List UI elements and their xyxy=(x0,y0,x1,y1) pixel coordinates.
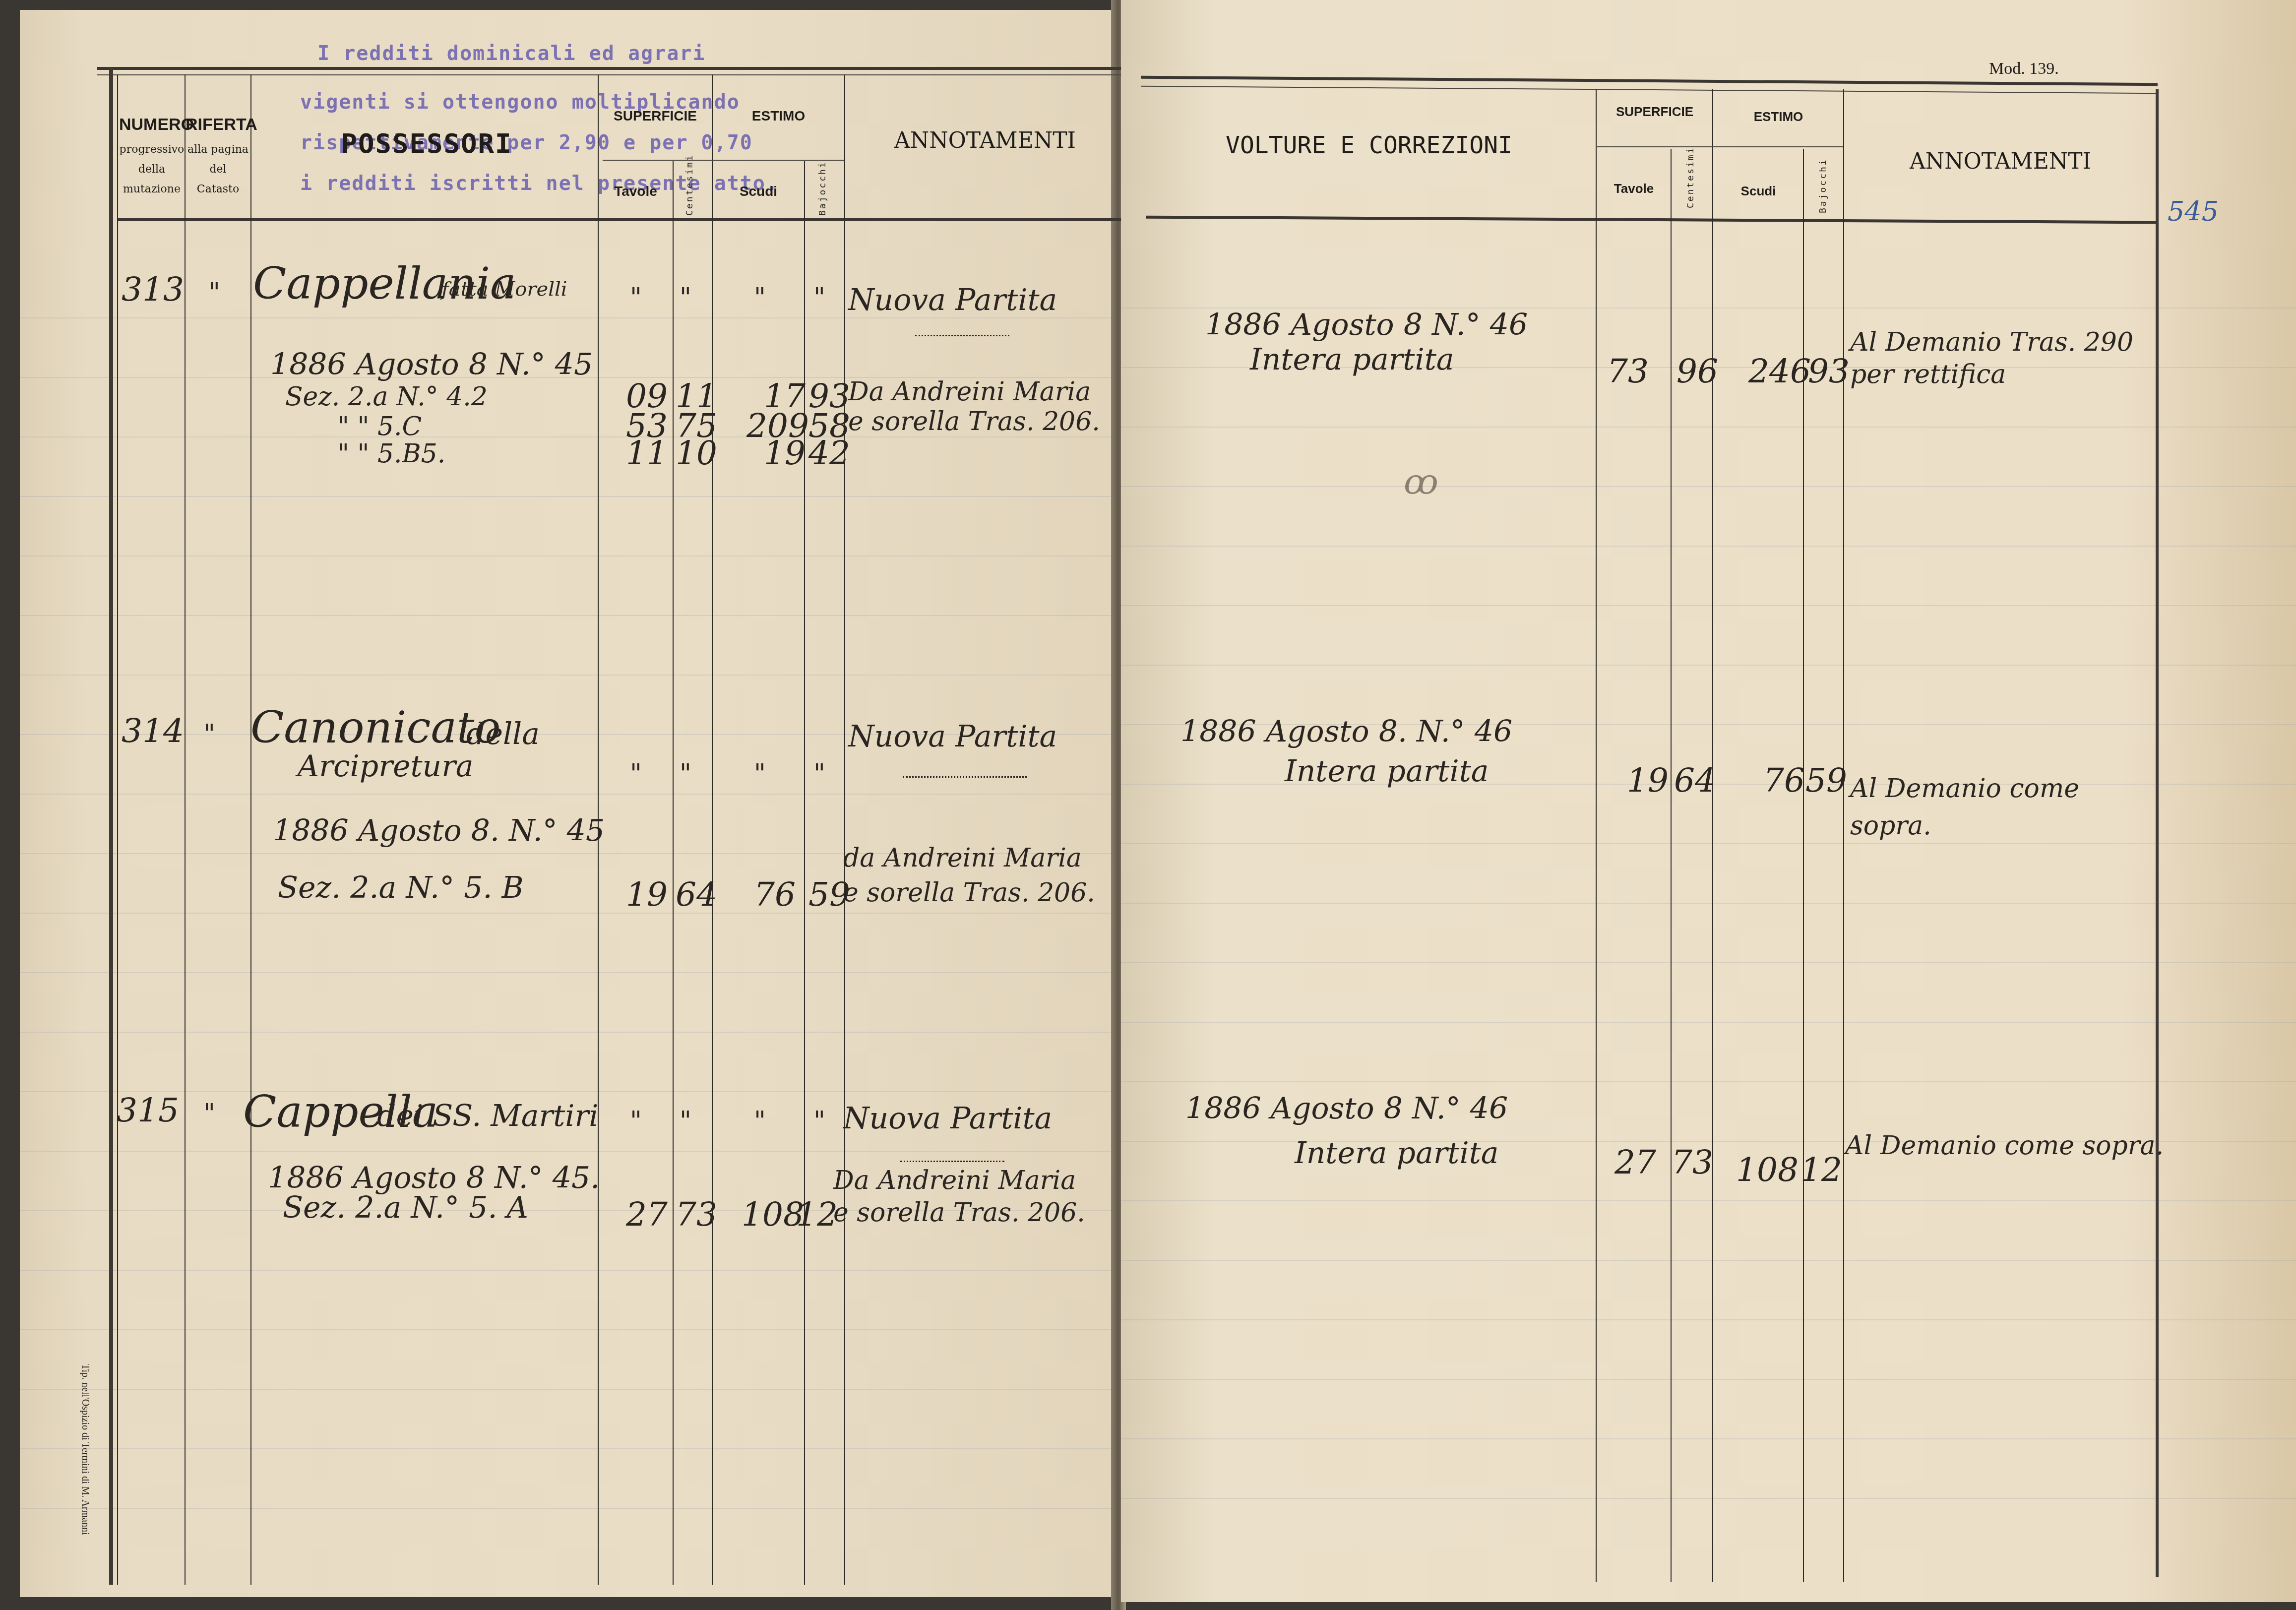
col-divider-estimo-r xyxy=(1843,89,1844,1582)
header-bajocchi-r: Bajocchi xyxy=(1818,159,1828,213)
header-scudi-r: Scudi xyxy=(1714,184,1803,199)
voltura-tavole: 19 xyxy=(1627,761,1669,800)
ditto-mark: " xyxy=(630,283,642,312)
entry-riferta: " xyxy=(203,1099,215,1128)
annotamento-squiggle xyxy=(900,1156,1004,1162)
col-divider-riferta xyxy=(250,74,251,1585)
entry-possessore-line2: Arcipretura xyxy=(298,749,474,784)
annotamento-line: Da Andreini Maria xyxy=(833,1166,1076,1195)
header-superficie-r: SUPERFICIE xyxy=(1597,104,1712,120)
entry-possessore-suffix: dei SS. Martiri xyxy=(377,1099,598,1133)
ditto-mark: " xyxy=(813,283,825,312)
voltura-tavole: 73 xyxy=(1607,352,1649,390)
header-riferta: RIFERTA xyxy=(186,115,250,134)
header-annotamenti: ANNOTAMENTI xyxy=(845,128,1125,153)
col-divider-scudi xyxy=(804,161,805,1585)
annotamento-line-r: Al Demanio come sopra. xyxy=(1845,1131,2164,1161)
ditto-mark: " xyxy=(754,759,766,789)
bleed-through-mark: ꝏ xyxy=(1404,461,1438,502)
header-estimo: ESTIMO xyxy=(713,108,844,124)
parcel-bajocchi: 42 xyxy=(808,434,850,472)
voltura-line: 1886 Agosto 8 N.° 46 xyxy=(1185,1091,1508,1126)
voltura-line: Intera partita xyxy=(1295,1136,1499,1171)
stamp-line-1: I redditi dominicali ed agrari xyxy=(317,42,705,65)
parcel-label: Sez. 2.a N.° 5. B xyxy=(278,870,524,905)
col-divider-superficie xyxy=(712,74,713,1585)
header-bajocchi: Bajocchi xyxy=(817,166,828,216)
entry-detail-date: 1886 Agosto 8. N.° 45 xyxy=(273,813,605,848)
header-annotamenti-r: ANNOTAMENTI xyxy=(1845,149,2156,174)
header-possessori: POSSESSORI xyxy=(317,128,536,159)
superficie-estimo-subrule-r xyxy=(1597,146,1843,147)
ditto-mark: " xyxy=(630,1106,642,1136)
model-label: Mod. 139. xyxy=(1989,60,2059,78)
voltura-bajocchi: 12 xyxy=(1800,1151,1842,1189)
left-header-top-rule xyxy=(97,67,1124,70)
voltura-tavole: 27 xyxy=(1614,1143,1656,1181)
page-number-handwritten: 545 xyxy=(2168,196,2219,227)
ditto-mark: " xyxy=(813,759,825,789)
printer-imprint: Tip. nell'Ospizio di Termini di M. Arman… xyxy=(79,1364,91,1552)
annotamento-line: e sorella Tras. 206. xyxy=(843,878,1095,908)
tax-multiplier-stamp: I redditi dominicali ed agrari xyxy=(317,42,705,65)
parcel-scudi: 76 xyxy=(754,875,796,914)
header-superficie: SUPERFICIE xyxy=(599,108,712,124)
parcel-label: Sez. 2.a N.° 4.2 xyxy=(285,382,488,412)
annotamento-line-r: per rettifica xyxy=(1850,360,2006,389)
entry-riferta: " xyxy=(208,278,220,308)
voltura-centesimi: 96 xyxy=(1676,352,1718,390)
header-riferta-sub-1: alla pagina xyxy=(186,140,250,160)
voltura-line: 1886 Agosto 8. N.° 46 xyxy=(1180,714,1512,749)
parcel-tavole: 19 xyxy=(626,875,668,914)
col-divider-tavole-r xyxy=(1671,149,1672,1582)
voltura-scudi: 76 xyxy=(1763,761,1805,800)
voltura-scudi: 246 xyxy=(1748,352,1811,390)
voltura-line: 1886 Agosto 8 N.° 46 xyxy=(1205,308,1528,342)
entry-possessore-suffix: della xyxy=(466,717,540,751)
entry-numero: 313 xyxy=(122,270,184,309)
col-divider-volture xyxy=(1596,89,1597,1582)
ditto-mark: " xyxy=(680,1106,691,1136)
ditto-mark: " xyxy=(754,1106,766,1136)
voltura-scudi: 108 xyxy=(1736,1151,1799,1189)
col-divider-estimo xyxy=(844,74,845,1585)
annotamento-line-r: Al Demanio come xyxy=(1850,774,2079,804)
ditto-mark: " xyxy=(680,759,691,789)
col-divider-tavole xyxy=(673,161,674,1585)
annotamento-line-r: sopra. xyxy=(1850,811,1931,841)
left-inner-border xyxy=(117,74,118,1585)
header-numero-sub-3: mutazione xyxy=(119,180,185,199)
ditto-mark: " xyxy=(813,1106,825,1136)
voltura-line: Intera partita xyxy=(1285,754,1489,789)
annotamento-line: da Andreini Maria xyxy=(843,843,1082,873)
ditto-mark: " xyxy=(680,283,691,312)
header-numero-sub: progressivo della mutazione xyxy=(119,140,185,199)
col-divider-superficie-r xyxy=(1712,89,1713,1582)
ditto-mark: " xyxy=(630,759,642,789)
header-estimo-r: ESTIMO xyxy=(1714,109,1843,124)
parcel-tavole: 11 xyxy=(626,434,668,472)
header-scudi: Scudi xyxy=(713,184,804,199)
annotamento-line: e sorella Tras. 206. xyxy=(848,407,1100,436)
header-numero: NUMERO xyxy=(119,115,185,134)
voltura-centesimi: 73 xyxy=(1672,1143,1713,1181)
header-riferta-sub: alla pagina del Catasto xyxy=(186,140,250,199)
annotamento-title: Nuova Partita xyxy=(843,1101,1052,1136)
entry-numero: 314 xyxy=(122,712,184,750)
header-centesimi: Centesimi xyxy=(684,166,695,216)
parcel-centesimi: 10 xyxy=(676,434,717,472)
header-tavole: Tavole xyxy=(599,184,673,199)
annotamento-squiggle xyxy=(915,330,1009,336)
parcel-tavole: 27 xyxy=(626,1195,668,1234)
header-volture: VOLTURE E CORREZIONI xyxy=(1151,131,1587,159)
left-header-bottom-rule xyxy=(117,218,1124,221)
parcel-centesimi: 73 xyxy=(676,1195,717,1234)
annotamento-line: e sorella Tras. 206. xyxy=(833,1198,1085,1228)
parcel-label: " " 5.B5. xyxy=(337,439,445,469)
annotamento-title: Nuova Partita xyxy=(848,283,1057,317)
entry-possessore: Canonicato xyxy=(250,702,500,753)
parcel-label: " " 5.C xyxy=(337,412,422,441)
annotamento-squiggle xyxy=(903,771,1027,778)
stamp-line-4: i redditi iscritti nel presente atto. xyxy=(300,163,779,204)
annotamento-line-r: Al Demanio Tras. 290 xyxy=(1850,327,2133,357)
header-numero-sub-1: progressivo xyxy=(119,140,185,160)
header-riferta-sub-3: Catasto xyxy=(186,180,250,199)
entry-possessore-suffix: fatta Morelli xyxy=(441,278,567,301)
header-tavole-r: Tavole xyxy=(1597,181,1671,196)
col-divider-numero xyxy=(185,74,186,1585)
right-outer-border xyxy=(2156,89,2159,1577)
voltura-line: Intera partita xyxy=(1250,342,1454,377)
header-numero-sub-2: della xyxy=(119,160,185,180)
ditto-mark: " xyxy=(754,283,766,312)
annotamento-title: Nuova Partita xyxy=(848,719,1057,754)
entry-riferta: " xyxy=(203,719,215,749)
voltura-bajocchi: 59 xyxy=(1805,761,1847,800)
parcel-centesimi: 64 xyxy=(676,875,717,914)
annotamento-line: Da Andreini Maria xyxy=(848,377,1091,407)
parcel-scudi: 19 xyxy=(764,434,806,472)
parcel-bajocchi: 12 xyxy=(796,1195,838,1234)
header-riferta-sub-2: del xyxy=(186,160,250,180)
voltura-bajocchi: 93 xyxy=(1808,352,1850,390)
parcel-scudi: 108 xyxy=(742,1195,804,1234)
entry-numero: 315 xyxy=(117,1091,179,1129)
left-page xyxy=(20,10,1111,1597)
voltura-centesimi: 64 xyxy=(1674,761,1716,800)
right-page xyxy=(1121,0,2296,1602)
entry-detail-date: 1886 Agosto 8 N.° 45 xyxy=(270,347,593,382)
header-centesimi-r: Centesimi xyxy=(1685,154,1696,208)
left-outer-border xyxy=(109,67,113,1585)
parcel-label: Sez. 2.a N.° 5. A xyxy=(283,1190,528,1225)
